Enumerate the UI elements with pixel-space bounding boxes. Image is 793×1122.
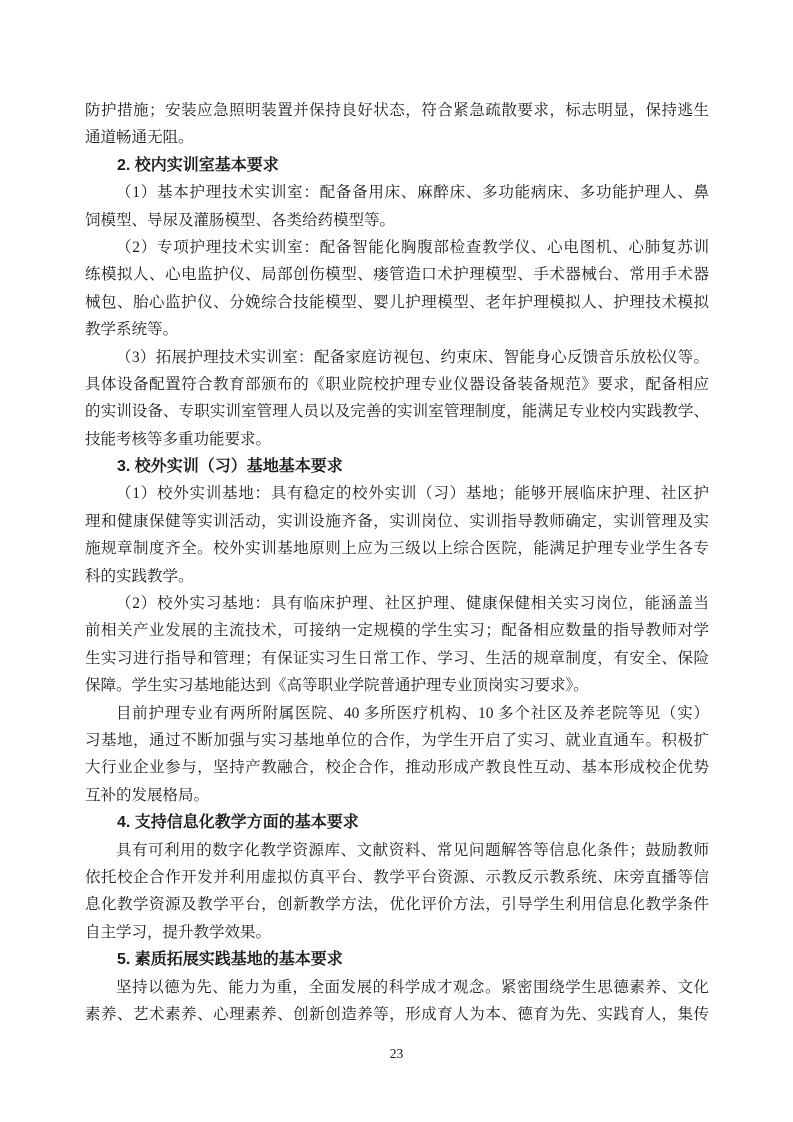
text-line: 自主学习，提升教学效果。 [85,919,709,946]
text-line: 械包、胎心监护仪、分娩综合技能模型、婴儿护理模型、老年护理模拟人、护理技术模拟 [85,289,709,316]
text-line: 大行业企业参与，坚持产教融合，校企合作，推动形成产教良性互动、基本形成校企优势 [85,754,709,781]
text-line: 依托校企合作开发并利用虚拟仿真平台、教学平台资源、示教反示教系统、床旁直播等信 [85,864,709,891]
section-heading: 4. 支持信息化教学方面的基本要求 [85,809,709,836]
text-line: 习基地，通过不断加强与实习基地单位的合作，为学生开启了实习、就业直通车。积极扩 [85,727,709,754]
text-line: 施规章制度齐全。校外实训基地原则上应为三级以上综合医院，能满足护理专业学生各专 [85,535,709,562]
text-line: 目前护理专业有两所附属医院、40 多所医疗机构、10 多个社区及养老院等见（实） [85,700,709,727]
document-content: 防护措施；安装应急照明装置并保持良好状态，符合紧急疏散要求，标志明显，保持逃生 … [85,97,709,1028]
text-line: （2）校外实习基地：具有临床护理、社区护理、健康保健相关实习岗位，能涵盖当 [85,590,709,617]
section-heading: 2. 校内实训室基本要求 [85,152,709,179]
text-line: 具有可利用的数字化教学资源库、文献资料、常见问题解答等信息化条件；鼓励教师 [85,837,709,864]
text-line: 保障。学生实习基地能达到《高等职业学院普通护理专业顶岗实习要求》。 [85,672,709,699]
text-line: （2）专项护理技术实训室：配备智能化胸腹部检查教学仪、心电图机、心肺复苏训 [85,234,709,261]
text-line: 饲模型、导尿及灌肠模型、各类给药模型等。 [85,207,709,234]
text-line: 具体设备配置符合教育部颁布的《职业院校护理专业仪器设备装备规范》要求，配备相应 [85,371,709,398]
text-line: 通道畅通无阻。 [85,124,709,151]
text-line: 生实习进行指导和管理；有保证实习生日常工作、学习、生活的规章制度，有安全、保险 [85,645,709,672]
text-line: 前相关产业发展的主流技术，可接纳一定规模的学生实习；配备相应数量的指导教师对学 [85,617,709,644]
text-line: （3）拓展护理技术实训室：配备家庭访视包、约束床、智能身心反馈音乐放松仪等。 [85,344,709,371]
text-line: 素养、艺术素养、心理素养、创新创造养等，形成育人为本、德育为先、实践育人，集传 [85,1001,709,1028]
text-line: （1）基本护理技术实训室：配备备用床、麻醉床、多功能病床、多功能护理人、鼻 [85,179,709,206]
page-number: 23 [390,1046,404,1061]
text-line: 息化教学资源及教学平台，创新教学方法，优化评价方法，引导学生利用信息化教学条件 [85,891,709,918]
text-line: 坚持以德为先、能力为重，全面发展的科学成才观念。紧密围绕学生思德素养、文化 [85,974,709,1001]
text-line: （1）校外实训基地：具有稳定的校外实训（习）基地；能够开展临床护理、社区护 [85,480,709,507]
section-heading: 3. 校外实训（习）基地基本要求 [85,453,709,480]
document-page: 防护措施；安装应急照明装置并保持良好状态，符合紧急疏散要求，标志明显，保持逃生 … [0,0,793,1122]
text-line: 技能考核等多重功能要求。 [85,426,709,453]
text-line: 互补的发展格局。 [85,782,709,809]
text-line: 教学系统等。 [85,316,709,343]
text-line: 科的实践教学。 [85,563,709,590]
page-footer: 23 [0,1046,793,1062]
text-line: 防护措施；安装应急照明装置并保持良好状态，符合紧急疏散要求，标志明显，保持逃生 [85,97,709,124]
section-heading: 5. 素质拓展实践基地的基本要求 [85,946,709,973]
text-line: 练模拟人、心电监护仪、局部创伤模型、瘘管造口术护理模型、手术器械台、常用手术器 [85,261,709,288]
text-line: 的实训设备、专职实训室管理人员以及完善的实训室管理制度，能满足专业校内实践教学、 [85,398,709,425]
text-line: 理和健康保健等实训活动，实训设施齐备，实训岗位、实训指导教师确定，实训管理及实 [85,508,709,535]
